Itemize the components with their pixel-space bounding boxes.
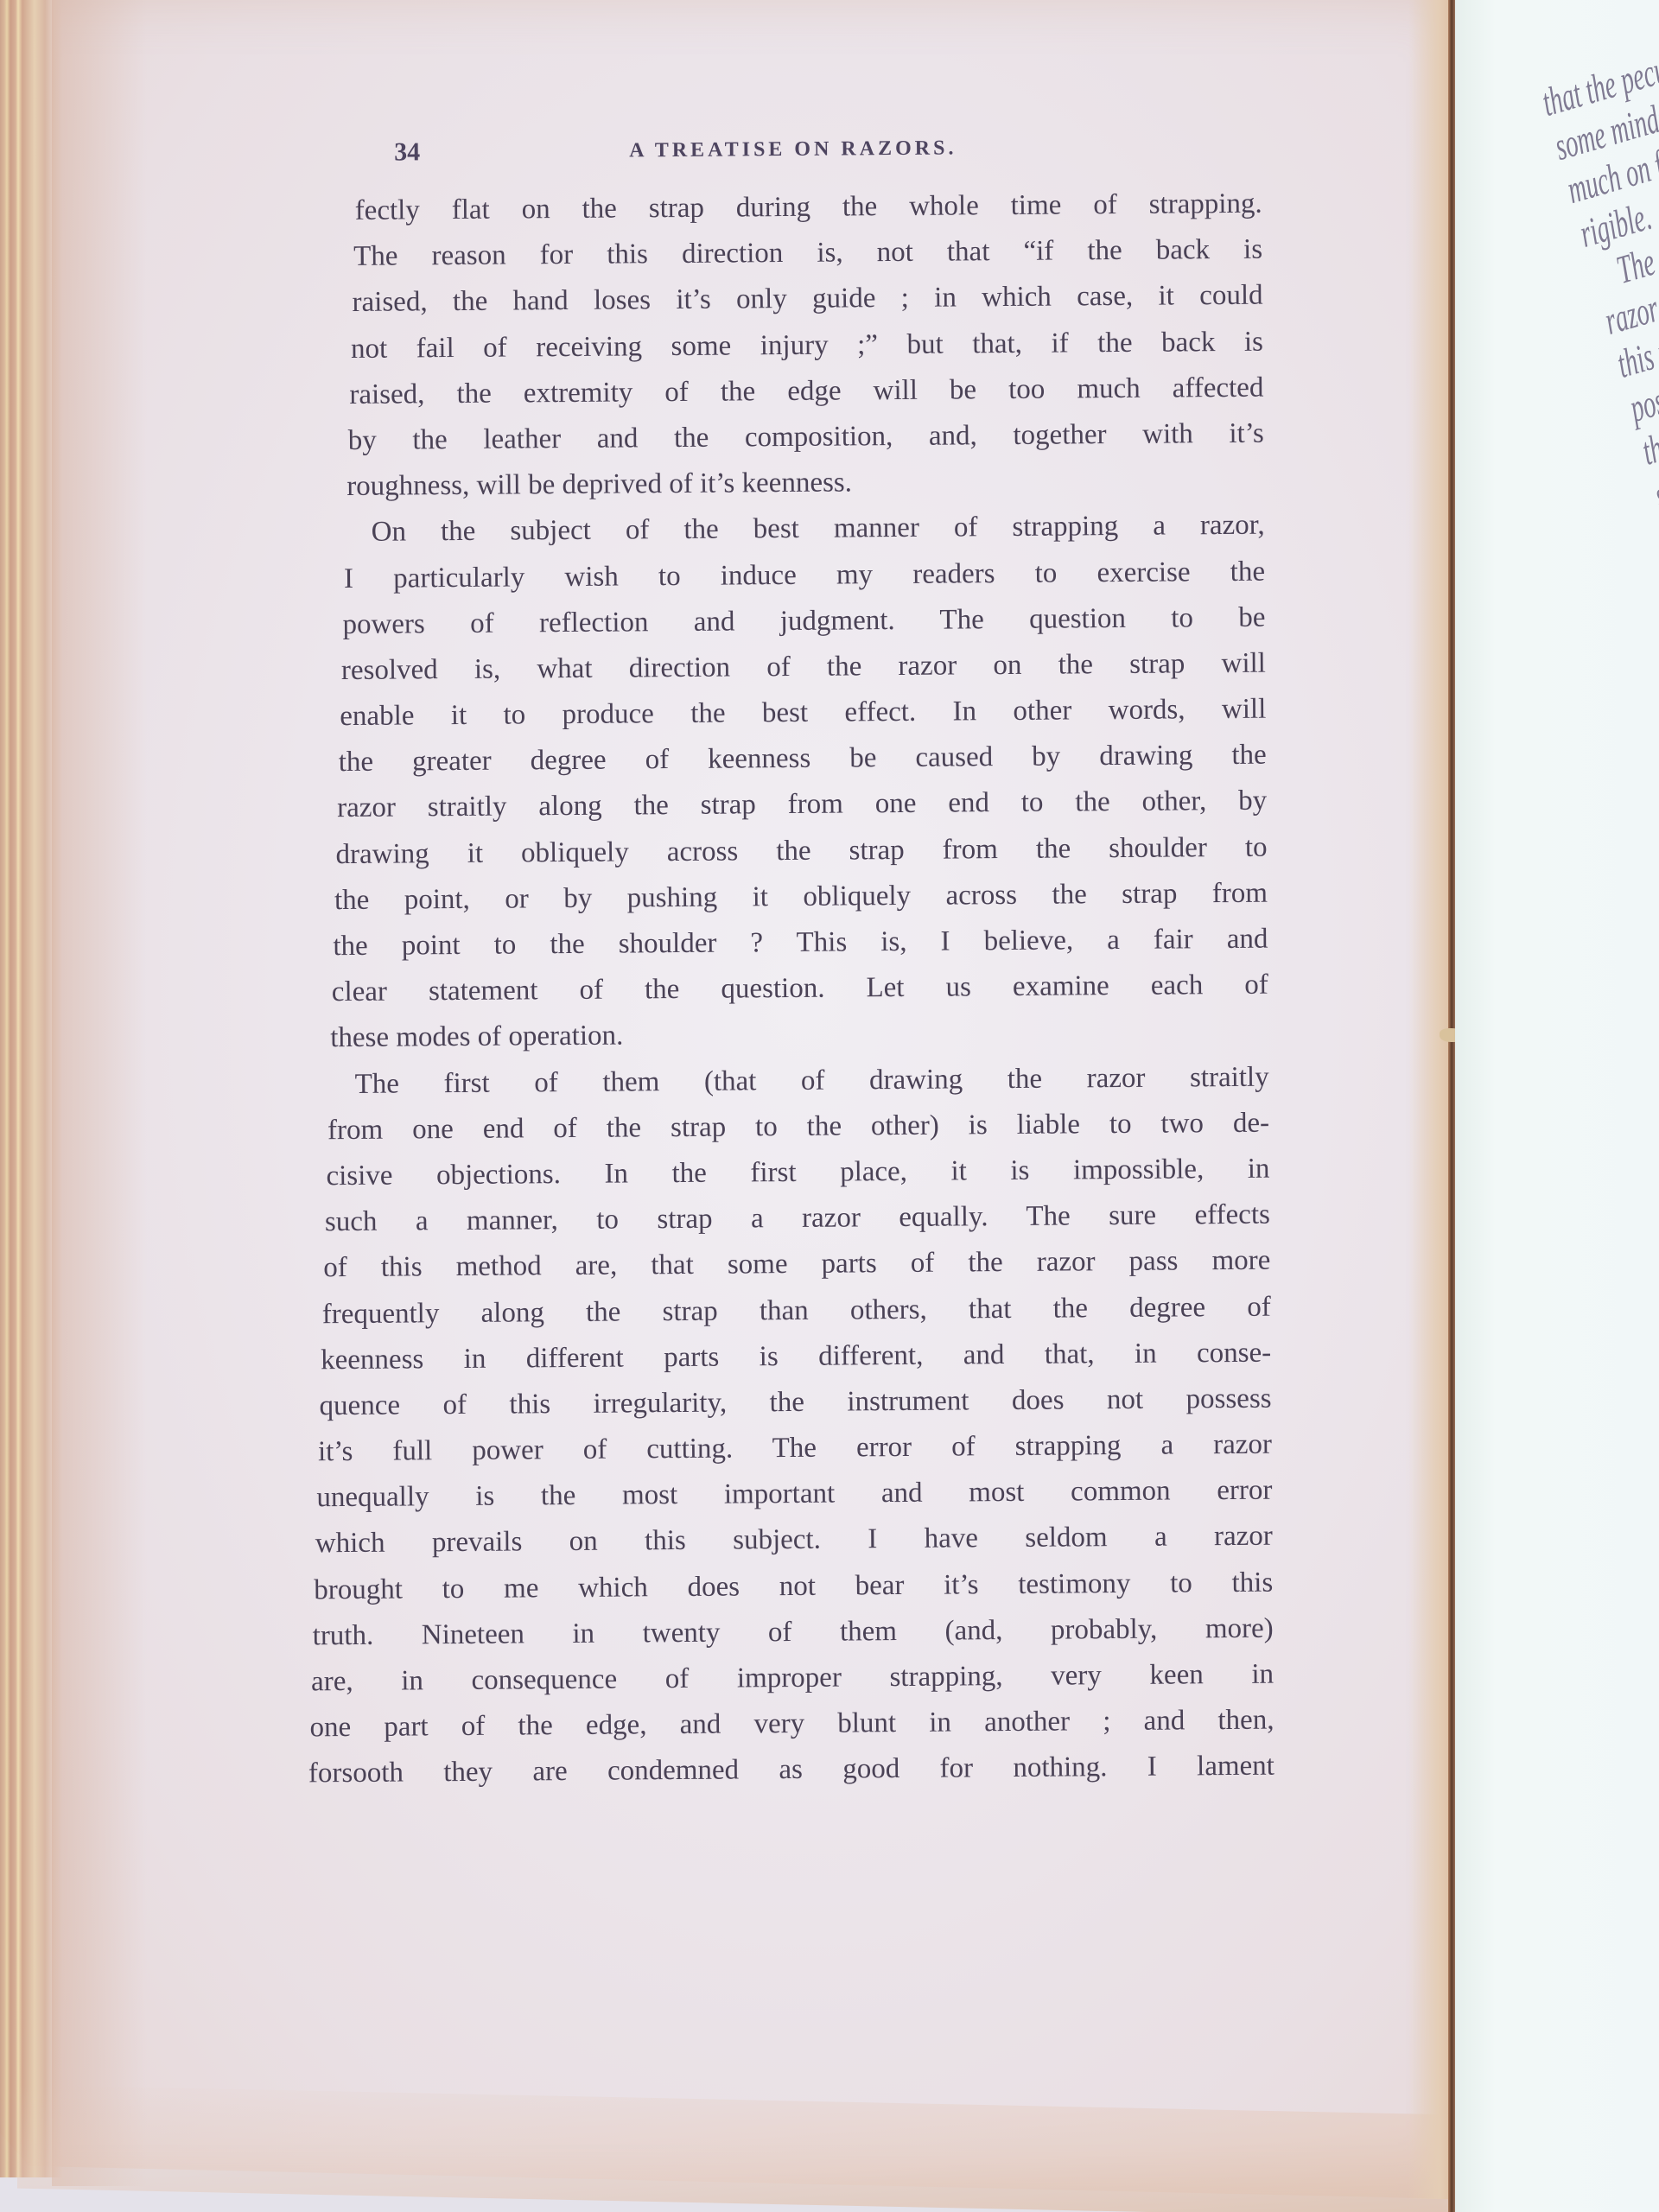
text-line: which prevails on this subject. I have s… bbox=[315, 1514, 1273, 1567]
running-head: 34 A TREATISE ON RAZORS. bbox=[346, 123, 1262, 181]
text-line: the greater degree of keenness be caused… bbox=[339, 733, 1267, 786]
body-text: fectly flat on the strap during the whol… bbox=[346, 181, 1275, 1797]
page-edge-shadow bbox=[52, 0, 147, 2186]
text-line: drawing it obliquely across the strap fr… bbox=[335, 824, 1267, 878]
text-line: not fail of receiving some injury ;” but… bbox=[351, 319, 1263, 372]
text-line: cisive objections. In the first place, i… bbox=[326, 1147, 1269, 1200]
paragraph-2: On the subject of the best manner of str… bbox=[348, 503, 1268, 1062]
book-gutter bbox=[1448, 0, 1455, 2212]
text-line: clear statement of the question. Let us … bbox=[332, 963, 1268, 1016]
facing-page: that the pecu some minds much on foll ri… bbox=[1455, 0, 1659, 2212]
paragraph-3: The first of them (that of drawing the r… bbox=[353, 1054, 1274, 1796]
text-line: fectly flat on the strap during the whol… bbox=[355, 181, 1262, 234]
text-line: keenness in different parts is different… bbox=[321, 1330, 1271, 1383]
facing-page-text: that the pecu some minds much on foll ri… bbox=[1537, 23, 1659, 1565]
text-line: of this method are, that some parts of t… bbox=[323, 1238, 1270, 1292]
text-line: quence of this irregularity, the instrum… bbox=[319, 1376, 1271, 1430]
text-line: the point to the shoulder ? This is, I b… bbox=[333, 917, 1268, 970]
text-line: On the subject of the best manner of str… bbox=[345, 503, 1264, 556]
text-line: resolved is, what direction of the razor… bbox=[341, 641, 1266, 695]
text-line: raised, the extremity of the edge will b… bbox=[349, 365, 1263, 417]
text-line: one part of the edge, and very blunt in … bbox=[309, 1698, 1274, 1751]
page-number: 34 bbox=[394, 137, 420, 167]
text-line: by the leather and the composition, and,… bbox=[348, 411, 1264, 465]
page-content: 34 A TREATISE ON RAZORS. fectly flat on … bbox=[346, 123, 1274, 1797]
text-line: these modes of operation. bbox=[330, 1008, 1268, 1062]
text-line: raised, the hand loses it’s only guide ;… bbox=[352, 273, 1262, 326]
text-line: enable it to produce the best effect. In… bbox=[340, 687, 1266, 741]
text-line: I particularly wish to induce my readers… bbox=[344, 549, 1265, 602]
text-line: such a manner, to strap a razor equally.… bbox=[325, 1192, 1270, 1246]
text-line: The first of them (that of drawing the r… bbox=[328, 1054, 1268, 1108]
text-line: from one end of the strap to the other) … bbox=[327, 1100, 1269, 1154]
text-line: truth. Nineteen in twenty of them (and, … bbox=[312, 1605, 1273, 1659]
text-line: are, in consequence of improper strappin… bbox=[311, 1652, 1274, 1706]
text-line: The reason for this direction is, not th… bbox=[353, 227, 1262, 280]
text-line: razor straitly along the strap from one … bbox=[337, 779, 1267, 832]
text-line: unequally is the most important and most… bbox=[316, 1468, 1272, 1522]
text-line: it’s full power of cutting. The error of… bbox=[318, 1422, 1272, 1476]
text-line: powers of reflection and judgment. The q… bbox=[342, 594, 1265, 648]
running-title: A TREATISE ON RAZORS. bbox=[629, 137, 957, 162]
text-line: frequently along the strap than others, … bbox=[322, 1284, 1271, 1338]
text-line: roughness, will be deprived of it’s keen… bbox=[346, 457, 1264, 511]
text-line: the point, or by pushing it obliquely ac… bbox=[334, 870, 1268, 924]
text-line: brought to me which does not bear it’s t… bbox=[314, 1560, 1273, 1613]
paragraph-1: fectly flat on the strap during the whol… bbox=[346, 181, 1265, 511]
text-line: forsooth they are condemned as good for … bbox=[308, 1744, 1274, 1797]
